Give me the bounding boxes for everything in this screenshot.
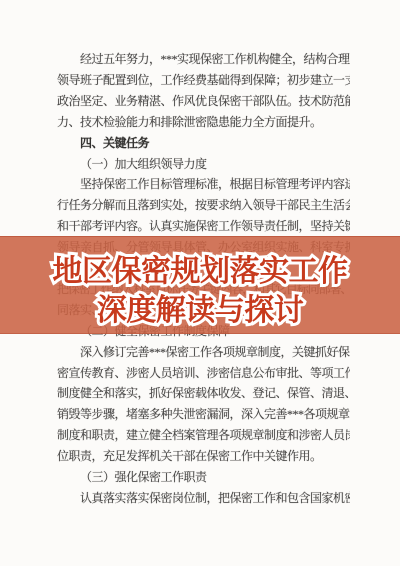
document-line: 位职责，充足发挥机关干部在保密工作中关键作用。 — [57, 446, 350, 467]
document-line: 领导班子配置到位，工作经费基础得到保障；初步建立一支 — [57, 70, 350, 91]
document-line: 密宣传教育、涉密人员培训、涉密信息公布审批、等项工作 — [57, 363, 350, 384]
article-image: 经过五年努力，***实现保密工作机构健全，结构合理，领导班子配置到位，工作经费基… — [0, 0, 400, 566]
document-line: 制度和职责，建立健全档案管理各项规章制度和涉密人员岗 — [57, 425, 350, 446]
title-line-2-text: 深度解读与探讨 — [97, 293, 304, 328]
document-line: 认真落实落实保密岗位制，把保密工作和包含国家机密 — [57, 488, 350, 509]
document-line: （三）强化保密工作职责 — [57, 467, 350, 488]
document-line: 坚持保密工作目标管理标准，根据目标管理考评内容进 — [57, 174, 350, 195]
overlay-title-line-2: 深度解读与探讨 深度解读与探讨 — [0, 291, 400, 330]
document-line: 经过五年努力，***实现保密工作机构健全，结构合理， — [57, 49, 350, 70]
overlay-title: 地区保密规划落实工作 地区保密规划落实工作 深度解读与探讨 深度解读与探讨 — [0, 252, 400, 330]
document-line: 四、关键任务 — [57, 133, 350, 154]
title-line-1-text: 地区保密规划落实工作 — [53, 254, 348, 289]
document-line: 行任务分解而且落到实处，按要求纳入领导干部民主生活会 — [57, 195, 350, 216]
overlay-title-line-1: 地区保密规划落实工作 地区保密规划落实工作 — [0, 252, 400, 291]
document-line: 制度健全和落实，抓好保密载体收发、登记、保管、清退、 — [57, 383, 350, 404]
document-line: 销毁等步骤，堵塞多种失泄密漏洞，深入完善***各项规章 — [57, 404, 350, 425]
document-line: 力、技术检验能力和排除泄密隐患能力全方面提升。 — [57, 112, 350, 133]
document-line: （一）加大组织领导力度 — [57, 154, 350, 175]
document-line: 和干部考评内容。认真实施保密工作领导责任制，坚持关键 — [57, 216, 350, 237]
document-line: 深入修订完善***保密工作各项规章制度，关键抓好保 — [57, 342, 350, 363]
document-line: 政治坚定、业务精湛、作风优良保密干部队伍。技术防范能 — [57, 91, 350, 112]
